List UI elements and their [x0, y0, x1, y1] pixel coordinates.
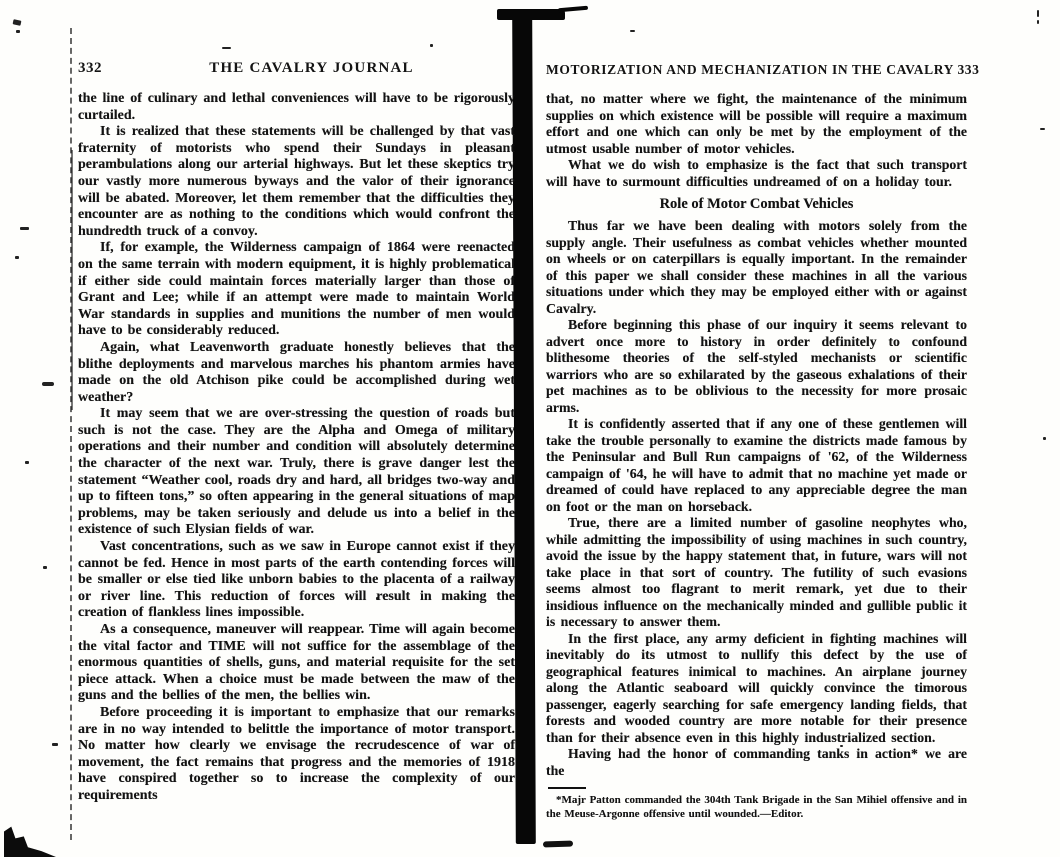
paragraph: It is confidently asserted that if any o… [546, 416, 967, 515]
scan-speck [1037, 20, 1039, 24]
paragraph: Again, what Leavenworth graduate honestl… [78, 340, 515, 406]
page-number: 332 [78, 60, 148, 77]
paragraph: It is realized that these statements wil… [78, 124, 515, 240]
paragraph: the line of culinary and lethal convenie… [78, 91, 515, 124]
scan-speck [20, 227, 29, 230]
paragraph: It may seem that we are over-stressing t… [78, 406, 515, 539]
section-heading: Role of Motor Combat Vehicles [546, 195, 967, 213]
paragraph: Before beginning this phase of our inqui… [546, 317, 967, 416]
paragraph: Having had the honor of commanding tanks… [546, 746, 967, 779]
paragraph: Thus far we have been dealing with motor… [546, 218, 967, 317]
paragraph: True, there are a limited number of gaso… [546, 515, 967, 631]
book-gutter-shadow [512, 14, 536, 844]
gutter-top-smudge [497, 9, 565, 20]
paragraph: Before proceeding it is important to emp… [78, 705, 515, 805]
scan-speck [222, 47, 231, 49]
scan-speck [430, 44, 433, 47]
scan-speck [25, 461, 29, 464]
scan-speck [1040, 128, 1045, 130]
paragraph: Vast concentrations, such as we saw in E… [78, 539, 515, 622]
left-page-header: 332 THE CAVALRY JOURNAL [78, 60, 515, 77]
scan-speck [630, 30, 635, 32]
scan-speck [42, 382, 54, 386]
book-scan: 332 THE CAVALRY JOURNAL the line of culi… [0, 0, 1060, 857]
running-title: MOTORIZATION AND MECHANIZATION IN THE CA… [546, 62, 967, 78]
running-title: THE CAVALRY JOURNAL [148, 60, 515, 77]
gutter-top-tail-smudge [558, 6, 588, 13]
scan-speck [52, 743, 58, 746]
paragraph: that, no matter where we fight, the main… [546, 91, 967, 157]
scan-speck [1037, 10, 1039, 17]
bottom-left-corner-smudge [4, 808, 56, 857]
scan-speck [13, 19, 22, 26]
footnote-rule [548, 787, 586, 789]
scan-speck [1043, 437, 1046, 440]
scan-speck [16, 30, 20, 33]
paragraph: What we do wish to emphasize is the fact… [546, 157, 967, 190]
scan-speck [15, 256, 19, 259]
left-page-body: the line of culinary and lethal convenie… [78, 91, 515, 805]
right-page-body: that, no matter where we fight, the main… [546, 91, 967, 779]
right-page: MOTORIZATION AND MECHANIZATION IN THE CA… [546, 62, 967, 821]
paragraph: As a consequence, maneuver will reappear… [78, 622, 515, 705]
left-page: 332 THE CAVALRY JOURNAL the line of culi… [78, 60, 515, 805]
gutter-bottom-smudge [543, 840, 573, 847]
paragraph: In the first place, any army deficient i… [546, 631, 967, 747]
left-margin-scan-line-dark [71, 150, 73, 410]
paragraph: If, for example, the Wilderness campaign… [78, 240, 515, 340]
scan-speck [43, 566, 47, 569]
footnote: *Majr Patton commanded the 304th Tank Br… [546, 794, 967, 821]
